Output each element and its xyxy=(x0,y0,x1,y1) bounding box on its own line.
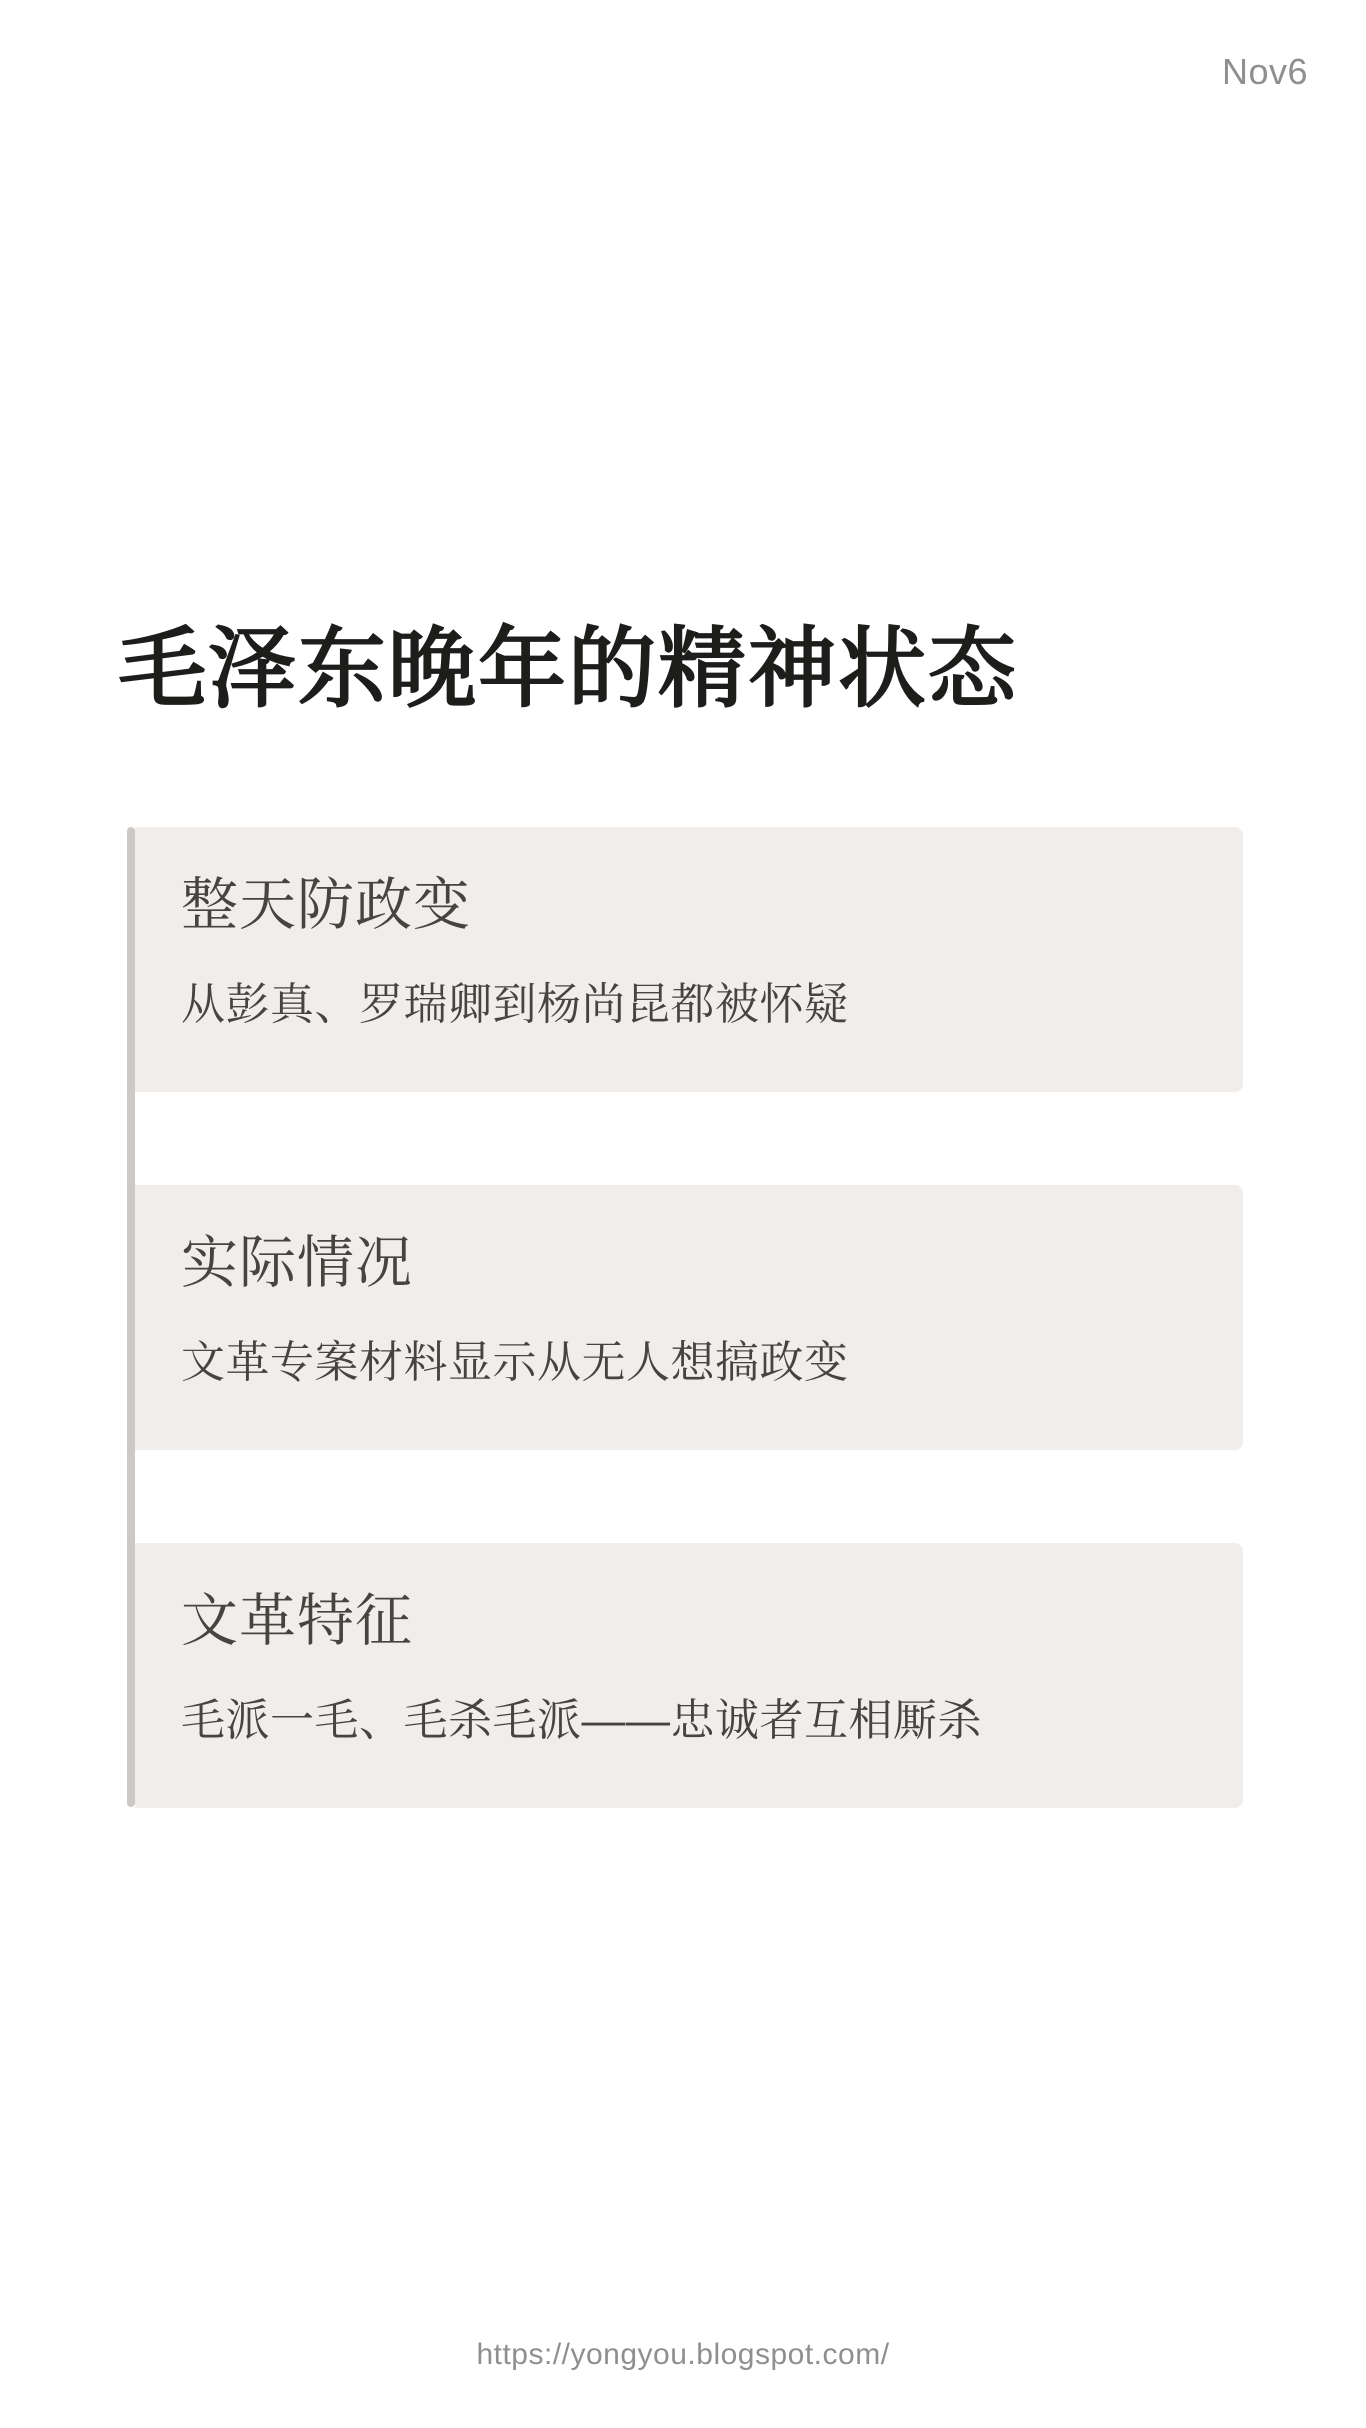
card-stack: 整天防政变 从彭真、罗瑞卿到杨尚昆都被怀疑 实际情况 文革专案材料显示从无人想搞… xyxy=(127,827,1243,1807)
card-heading: 实际情况 xyxy=(181,1225,1195,1302)
page-title: 毛泽东晚年的精神状态 xyxy=(118,612,1018,726)
card-heading: 整天防政变 xyxy=(181,867,1195,944)
date-label: Nov6 xyxy=(1222,52,1308,92)
footer-url: https://yongyou.blogspot.com/ xyxy=(0,2338,1366,2372)
card-body: 毛派一毛、毛杀毛派——忠诚者互相厮杀 xyxy=(181,1690,1195,1752)
page: Nov6 毛泽东晚年的精神状态 整天防政变 从彭真、罗瑞卿到杨尚昆都被怀疑 实际… xyxy=(0,0,1366,2428)
timeline-spine xyxy=(127,827,135,1807)
card: 文革特征 毛派一毛、毛杀毛派——忠诚者互相厮杀 xyxy=(135,1543,1243,1808)
card-body: 文革专案材料显示从无人想搞政变 xyxy=(181,1332,1195,1394)
card-body: 从彭真、罗瑞卿到杨尚昆都被怀疑 xyxy=(181,974,1195,1036)
card-heading: 文革特征 xyxy=(181,1583,1195,1660)
card: 整天防政变 从彭真、罗瑞卿到杨尚昆都被怀疑 xyxy=(135,827,1243,1092)
card: 实际情况 文革专案材料显示从无人想搞政变 xyxy=(135,1185,1243,1450)
